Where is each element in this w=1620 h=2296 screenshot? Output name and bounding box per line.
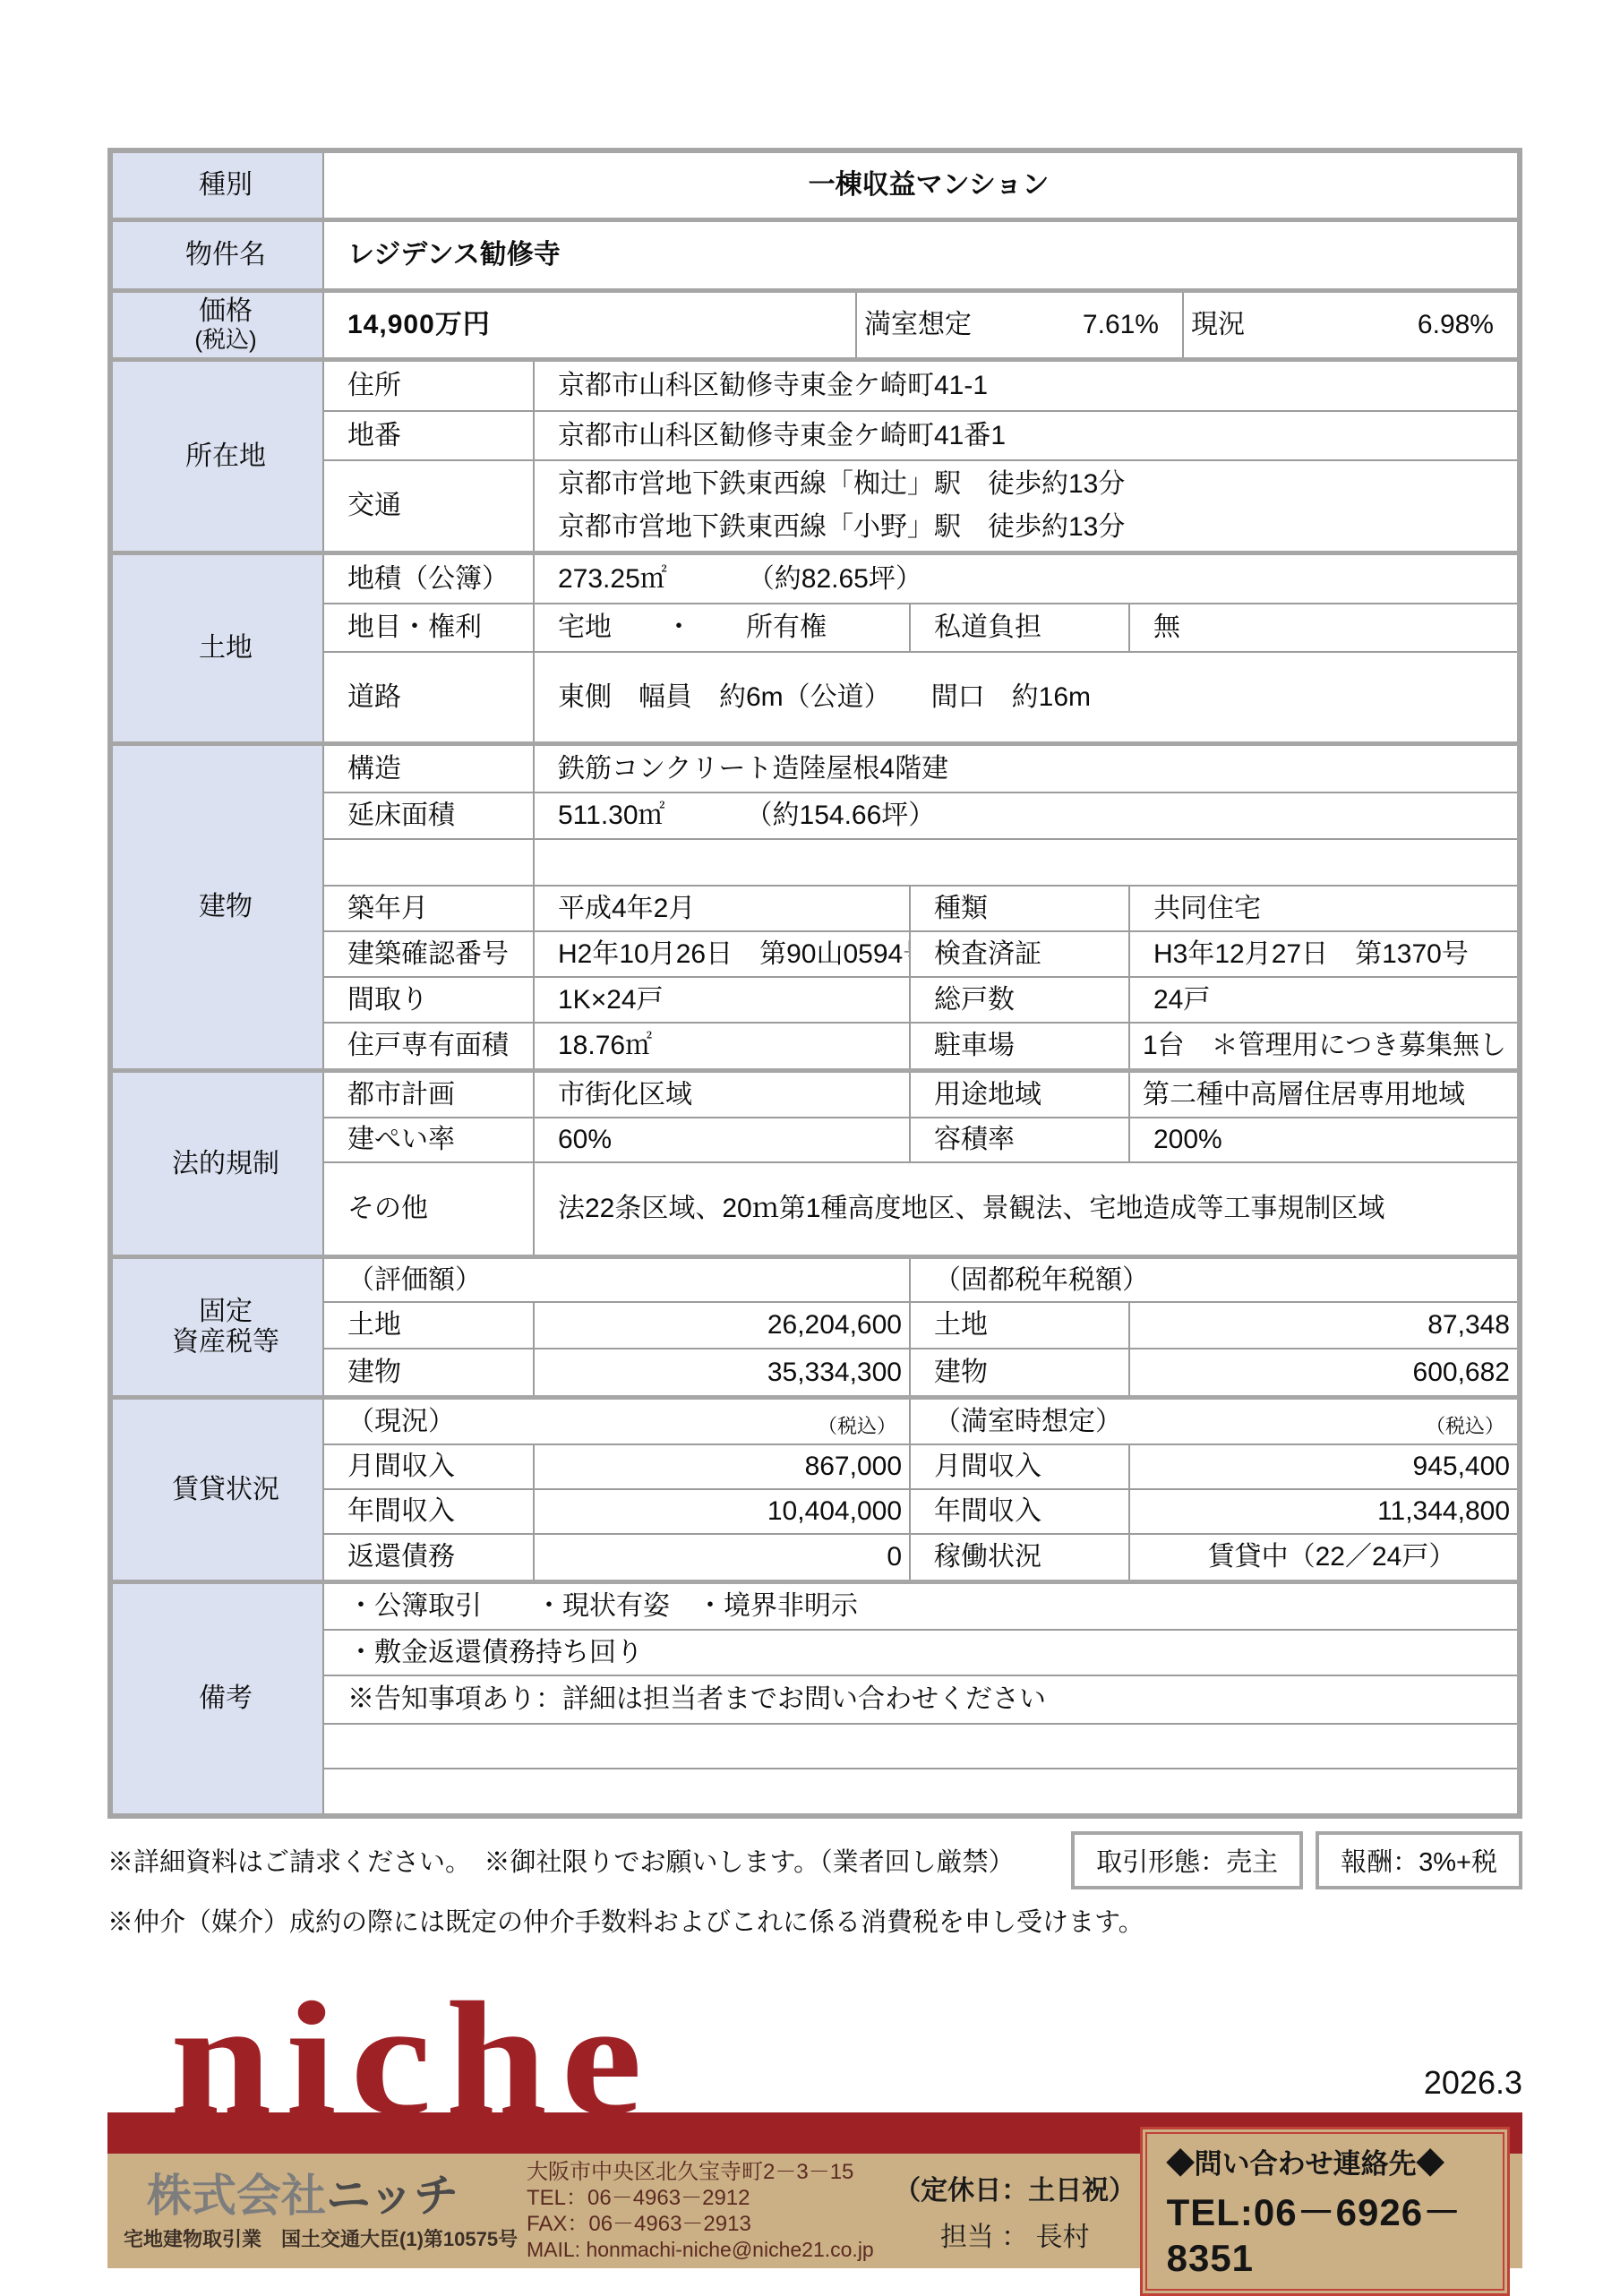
deal-type-box: 取引形態：売主 — [1071, 1831, 1303, 1889]
city-plan-label: 都市計画 — [323, 1073, 534, 1118]
unit-area-label: 住戸専有面積 — [323, 1023, 534, 1068]
land-section: 土地 地積（公簿） 273.25㎡（約82.65坪） 地目・権利 宅地 ・ 所有… — [113, 555, 1517, 741]
legal-section-header: 法的規制 — [113, 1073, 323, 1255]
full-tax-note: （税込） — [1426, 1414, 1504, 1439]
name-value-cell: レジデンス勧修寺 — [323, 222, 1517, 288]
structure-label: 構造 — [323, 746, 534, 792]
address-value: 京都市山科区勧修寺東金ケ崎町41-1 — [534, 362, 1517, 411]
tax-land-evaluation: 26,204,600 — [534, 1302, 910, 1349]
floor-area-value: 511.30㎡（約154.66坪） — [534, 792, 1517, 839]
monthly-income-full: 945,400 — [1129, 1444, 1517, 1489]
tax-land-label: 土地 — [323, 1302, 534, 1349]
lot-number-label: 地番 — [323, 411, 534, 460]
parking-label: 駐車場 — [910, 1023, 1129, 1068]
confirmation-number-value: H2年10月26日 第90山0594号 — [534, 931, 910, 977]
land-area-tsubo: （約82.65坪） — [748, 564, 922, 594]
address-label: 住所 — [323, 362, 534, 411]
company-name-main: ニッチ — [326, 2171, 459, 2221]
floor-area-sqm: 511.30㎡ — [558, 801, 665, 830]
road-label: 道路 — [323, 652, 534, 741]
tax-land-label-2: 土地 — [910, 1302, 1129, 1349]
current-yield-label: 現況 — [1191, 308, 1245, 342]
name-label-cell: 物件名 — [113, 222, 323, 288]
company-contact-block: 大阪市中央区北久宝寺町2－3－15 TEL：06－4963－2912 FAX：0… — [527, 2159, 890, 2263]
land-rights-label: 地目・権利 — [323, 604, 534, 652]
location-section-header: 所在地 — [113, 362, 323, 551]
land-area-value: 273.25㎡（約82.65坪） — [534, 555, 1517, 604]
yearly-income-label-2: 年間収入 — [910, 1489, 1129, 1534]
coverage-ratio-value: 60% — [534, 1118, 910, 1162]
inquiry-tel: TEL:06－6926－8351 — [1167, 2183, 1483, 2280]
rent-section-header: 賃貸状況 — [113, 1400, 323, 1580]
name-row-table: 物件名 レジデンス勧修寺 — [113, 222, 1517, 288]
license-number: 宅地建物取引業 国土交通大臣(1)第10575号 — [124, 2224, 482, 2252]
floor-ratio-label: 容積率 — [910, 1118, 1129, 1162]
empty-cell — [323, 1769, 1517, 1813]
empty-cell — [534, 839, 1517, 886]
current-yield-cell: 現況 6.98% — [1183, 293, 1517, 357]
type-value-cell: 一棟収益マンション — [323, 153, 1517, 218]
confirmation-number-label: 建築確認番号 — [323, 931, 534, 977]
empty-cell — [323, 839, 534, 886]
access-label: 交通 — [323, 460, 534, 551]
tax-header-line1: 固定 — [136, 1297, 315, 1328]
layout-value: 1K×24戸 — [534, 977, 910, 1023]
full-yield-value: 7.61% — [1083, 308, 1159, 342]
full-yield-cell: 満室想定 7.61% — [856, 293, 1183, 357]
yearly-income-label: 年間収入 — [323, 1489, 534, 1534]
empty-cell — [323, 1724, 1517, 1769]
company-address: 大阪市中央区北久宝寺町2－3－15 — [527, 2159, 890, 2185]
land-section-header: 土地 — [113, 555, 323, 741]
built-date-value: 平成4年2月 — [534, 886, 910, 931]
tax-building-label: 建物 — [323, 1349, 534, 1395]
annual-tax-header: （固都税年税額） — [910, 1259, 1517, 1302]
company-mail: MAIL: honmachi-niche@niche21.co.jp — [527, 2237, 890, 2263]
built-date-label: 築年月 — [323, 886, 534, 931]
monthly-income-label: 月間収入 — [323, 1444, 534, 1489]
inquiry-title: ◆問い合わせ連絡先◆ — [1167, 2141, 1483, 2181]
monthly-income-label-2: 月間収入 — [910, 1444, 1129, 1489]
note-line-1: ※詳細資料はご請求ください。 ※御社限りでお願いします。（業者回し厳禁） — [107, 1842, 1059, 1879]
tax-land-annual: 87,348 — [1129, 1302, 1517, 1349]
structure-value: 鉄筋コンクリート造陸屋根4階建 — [534, 746, 1517, 792]
floor-area-tsubo: （約154.66坪） — [746, 801, 936, 830]
zoning-label: 用途地域 — [910, 1073, 1129, 1118]
deposit-return-value: 0 — [534, 1534, 910, 1580]
total-units-value: 24戸 — [1129, 977, 1517, 1023]
zoning-value: 第二種中高層住居専用地域 — [1129, 1073, 1517, 1118]
price-label-line2: (税込) — [136, 327, 315, 354]
access-line-1: 京都市営地下鉄東西線「椥辻」駅 徒歩約13分 — [558, 463, 1510, 506]
layout-label: 間取り — [323, 977, 534, 1023]
occupancy-label: 稼働状況 — [910, 1534, 1129, 1580]
tax-building-label-2: 建物 — [910, 1349, 1129, 1395]
inspection-cert-label: 検査済証 — [910, 931, 1129, 977]
floor-area-label: 延床面積 — [323, 792, 534, 839]
building-kind-label: 種類 — [910, 886, 1129, 931]
price-row-table: 価格 (税込) 14,900万円 満室想定 7.61% 現況 6.98% — [113, 293, 1517, 357]
fee-box: 報酬：3%+税 — [1316, 1831, 1522, 1889]
company-name: 株式会社ニッチ — [124, 2171, 482, 2221]
note-line-2: ※仲介（媒介）成約の際には既定の仲介手数料およびこれに係る消費税を申し受けます。 — [107, 1902, 1522, 1939]
tax-building-evaluation: 35,334,300 — [534, 1349, 910, 1395]
issue-date: 2026.3 — [1424, 2064, 1522, 2102]
full-header-label: （満室時想定） — [934, 1405, 1122, 1439]
full-income-header: （満室時想定） （税込） — [910, 1400, 1517, 1444]
property-flyer: 種別 一棟収益マンション 物件名 レジデンス勧修寺 価格 (税込) 14,900… — [0, 0, 1620, 2292]
total-units-label: 総戸数 — [910, 977, 1129, 1023]
type-label-cell: 種別 — [113, 153, 323, 218]
remarks-line-3: ※告知事項あり：詳細は担当者までお問い合わせください — [323, 1675, 1517, 1724]
hours-block: （定休日：土日祝） 担当 ： 長村 — [890, 2168, 1140, 2254]
evaluation-header: （評価額） — [323, 1259, 910, 1302]
access-line-2: 京都市営地下鉄東西線「小野」駅 徒歩約13分 — [558, 506, 1510, 549]
private-road-label: 私道負担 — [910, 604, 1129, 652]
legal-section: 法的規制 都市計画 市街化区域 用途地域 第二種中高層住居専用地域 建ぺい率 6… — [113, 1073, 1517, 1255]
inspection-cert-value: H3年12月27日 第1370号 — [1129, 931, 1517, 977]
land-area-label: 地積（公簿） — [323, 555, 534, 604]
full-yield-label: 満室想定 — [864, 308, 972, 342]
lot-number-value: 京都市山科区勧修寺東金ケ崎町41番1 — [534, 411, 1517, 460]
private-road-value: 無 — [1129, 604, 1517, 652]
yearly-income-full: 11,344,800 — [1129, 1489, 1517, 1534]
footer-info-band: 株式会社ニッチ 宅地建物取引業 国土交通大臣(1)第10575号 大阪市中央区北… — [107, 2154, 1522, 2268]
price-label-line1: 価格 — [136, 296, 315, 328]
remarks-line-2: ・敷金返還債務持ち回り — [323, 1630, 1517, 1675]
city-plan-value: 市街化区域 — [534, 1073, 910, 1118]
company-block: 株式会社ニッチ 宅地建物取引業 国土交通大臣(1)第10575号 — [124, 2171, 482, 2252]
tax-section: 固定 資産税等 （評価額） （固都税年税額） 土地 26,204,600 土地 … — [113, 1259, 1517, 1395]
niche-logo: niche — [170, 1992, 656, 2127]
floor-ratio-value: 200% — [1129, 1118, 1517, 1162]
company-tel: TEL：06－4963－2912 — [527, 2185, 890, 2211]
footer-logo-row: niche 2026.3 — [107, 1953, 1522, 2112]
road-value: 東側 幅員 約6m（公道） 間口 約16m — [534, 652, 1517, 741]
company-prefix: 株式会社 — [147, 2171, 326, 2221]
building-section-header: 建物 — [113, 746, 323, 1068]
rent-section: 賃貸状況 （現況） （税込） （満室時想定） （税込） 月間収入 867,000 — [113, 1400, 1517, 1580]
other-regulations-label: その他 — [323, 1162, 534, 1255]
closed-days: （定休日：土日祝） — [890, 2168, 1140, 2207]
coverage-ratio-label: 建ぺい率 — [323, 1118, 534, 1162]
inquiry-box: ◆問い合わせ連絡先◆ TEL:06－6926－8351 — [1140, 2127, 1510, 2296]
monthly-income-current: 867,000 — [534, 1444, 910, 1489]
land-area-sqm: 273.25㎡ — [558, 564, 667, 594]
occupancy-value: 賃貸中（22／24戸） — [1129, 1534, 1517, 1580]
contact-person: 担当 ： 長村 — [890, 2215, 1140, 2254]
parking-value: 1台 ＊管理用につき募集無し — [1129, 1023, 1517, 1068]
unit-area-value: 18.76㎡ — [534, 1023, 910, 1068]
tax-section-header: 固定 資産税等 — [113, 1259, 323, 1395]
building-section: 建物 構造 鉄筋コンクリート造陸屋根4階建 延床面積 511.30㎡（約154.… — [113, 746, 1517, 1068]
yearly-income-current: 10,404,000 — [534, 1489, 910, 1534]
price-value-cell: 14,900万円 — [323, 293, 856, 357]
deposit-return-label: 返還債務 — [323, 1534, 534, 1580]
remarks-section: 備考 ・公簿取引 ・現状有姿 ・境界非明示 ・敷金返還債務持ち回り ※告知事項あ… — [113, 1584, 1517, 1813]
building-kind-value: 共同住宅 — [1129, 886, 1517, 931]
remarks-line-1: ・公簿取引 ・現状有姿 ・境界非明示 — [323, 1584, 1517, 1630]
inquiry-box-inner: ◆問い合わせ連絡先◆ TEL:06－6926－8351 — [1145, 2132, 1504, 2291]
property-table: 種別 一棟収益マンション 物件名 レジデンス勧修寺 価格 (税込) 14,900… — [107, 148, 1522, 1819]
access-value: 京都市営地下鉄東西線「椥辻」駅 徒歩約13分 京都市営地下鉄東西線「小野」駅 徒… — [534, 460, 1517, 551]
notes-row: ※詳細資料はご請求ください。 ※御社限りでお願いします。（業者回し厳禁） 取引形… — [107, 1831, 1522, 1889]
tax-building-annual: 600,682 — [1129, 1349, 1517, 1395]
company-fax: FAX：06－4963－2913 — [527, 2211, 890, 2237]
land-rights-value: 宅地 ・ 所有権 — [534, 604, 910, 652]
type-row-table: 種別 一棟収益マンション — [113, 153, 1517, 218]
tax-header-line2: 資産税等 — [136, 1327, 315, 1358]
current-yield-value: 6.98% — [1418, 308, 1494, 342]
remarks-section-header: 備考 — [113, 1584, 323, 1813]
current-income-header: （現況） （税込） — [323, 1400, 910, 1444]
location-section: 所在地 住所 京都市山科区勧修寺東金ケ崎町41-1 地番 京都市山科区勧修寺東金… — [113, 362, 1517, 551]
price-label-cell: 価格 (税込) — [113, 293, 323, 357]
other-regulations-value: 法22条区域、20ｍ第1種高度地区、景観法、宅地造成等工事規制区域 — [534, 1162, 1517, 1255]
current-header-label: （現況） — [347, 1405, 455, 1439]
current-tax-note: （税込） — [818, 1414, 896, 1439]
